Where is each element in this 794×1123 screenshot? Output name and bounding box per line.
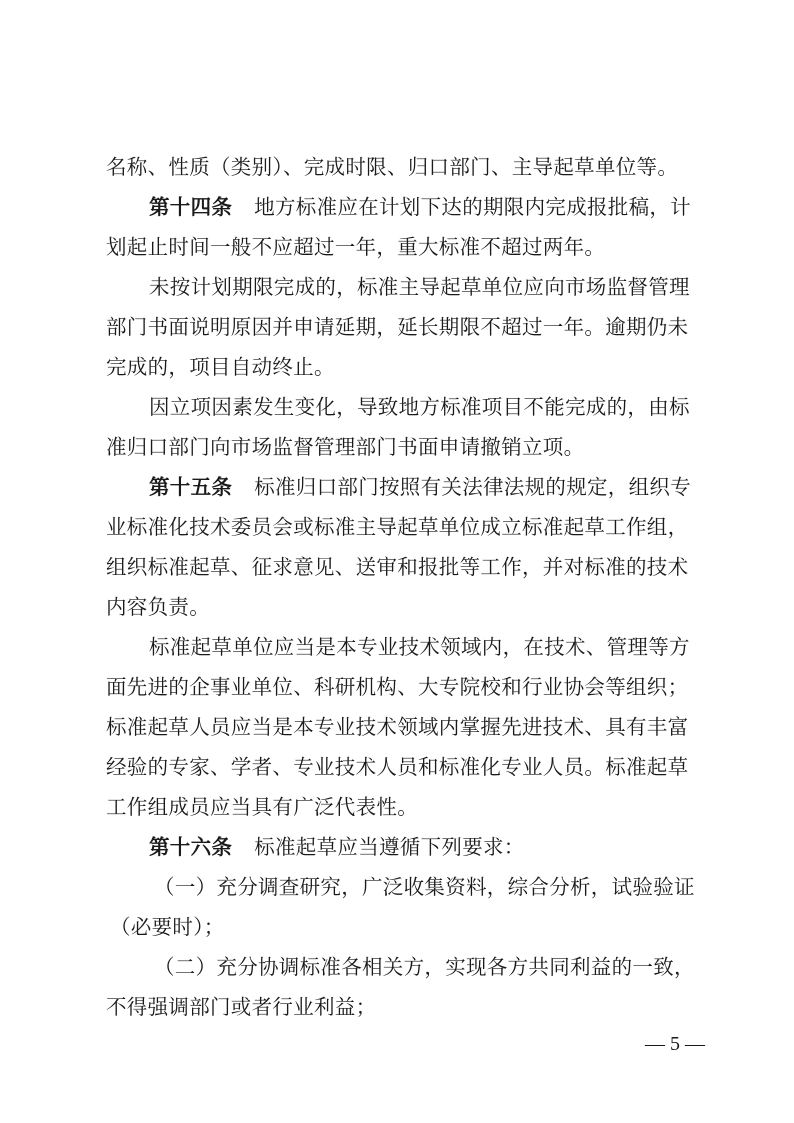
article-14-line: 第十四条地方标准应在计划下达的期限内完成报批稿，计 xyxy=(106,187,714,227)
list-item-2: （二）充分协调标准各相关方，实现各方共同利益的一致， xyxy=(106,947,714,987)
paragraph-line: 名称、性质（类别）、完成时限、归口部门、主导起草单位等。 xyxy=(106,147,714,187)
paragraph-line: 完成的，项目自动终止。 xyxy=(106,347,714,387)
article-heading: 第十五条 xyxy=(149,475,232,499)
paragraph-line: 标准起草单位应当是本专业技术领域内，在技术、管理等方 xyxy=(106,627,714,667)
article-15-line: 第十五条标准归口部门按照有关法律法规的规定，组织专 xyxy=(106,467,714,507)
paragraph-line: 准归口部门向市场监督管理部门书面申请撤销立项。 xyxy=(106,427,714,467)
article-heading: 第十四条 xyxy=(149,195,232,219)
page-number: — 5 — xyxy=(645,1033,705,1056)
paragraph-line: （必要时）； xyxy=(106,907,714,947)
paragraph-line: 未按计划期限完成的，标准主导起草单位应向市场监督管理 xyxy=(106,267,714,307)
article-heading: 第十六条 xyxy=(149,835,232,859)
paragraph-line: 因立项因素发生变化，导致地方标准项目不能完成的，由标 xyxy=(106,387,714,427)
article-text: 地方标准应在计划下达的期限内完成报批稿，计 xyxy=(254,195,691,219)
document-page-body: 名称、性质（类别）、完成时限、归口部门、主导起草单位等。 第十四条地方标准应在计… xyxy=(106,147,714,1027)
paragraph-line: 标准起草人员应当是本专业技术领域内掌握先进技术、具有丰富 xyxy=(106,707,714,747)
paragraph-line: 划起止时间一般不应超过一年，重大标准不超过两年。 xyxy=(106,227,714,267)
paragraph-line: 内容负责。 xyxy=(106,587,714,627)
list-item-1: （一）充分调查研究，广泛收集资料，综合分析，试验验证 xyxy=(106,867,714,907)
article-16-line: 第十六条标准起草应当遵循下列要求： xyxy=(106,827,714,867)
paragraph-line: 部门书面说明原因并申请延期，延长期限不超过一年。逾期仍未 xyxy=(106,307,714,347)
paragraph-line: 工作组成员应当具有广泛代表性。 xyxy=(106,787,714,827)
paragraph-line: 面先进的企事业单位、科研机构、大专院校和行业协会等组织； xyxy=(106,667,714,707)
paragraph-line: 经验的专家、学者、专业技术人员和标准化专业人员。标准起草 xyxy=(106,747,714,787)
article-text: 标准归口部门按照有关法律法规的规定，组织专 xyxy=(254,475,691,499)
article-text: 标准起草应当遵循下列要求： xyxy=(254,835,524,859)
paragraph-line: 业标准化技术委员会或标准主导起草单位成立标准起草工作组， xyxy=(106,507,714,547)
paragraph-line: 不得强调部门或者行业利益； xyxy=(106,987,714,1027)
paragraph-line: 组织标准起草、征求意见、送审和报批等工作，并对标准的技术 xyxy=(106,547,714,587)
